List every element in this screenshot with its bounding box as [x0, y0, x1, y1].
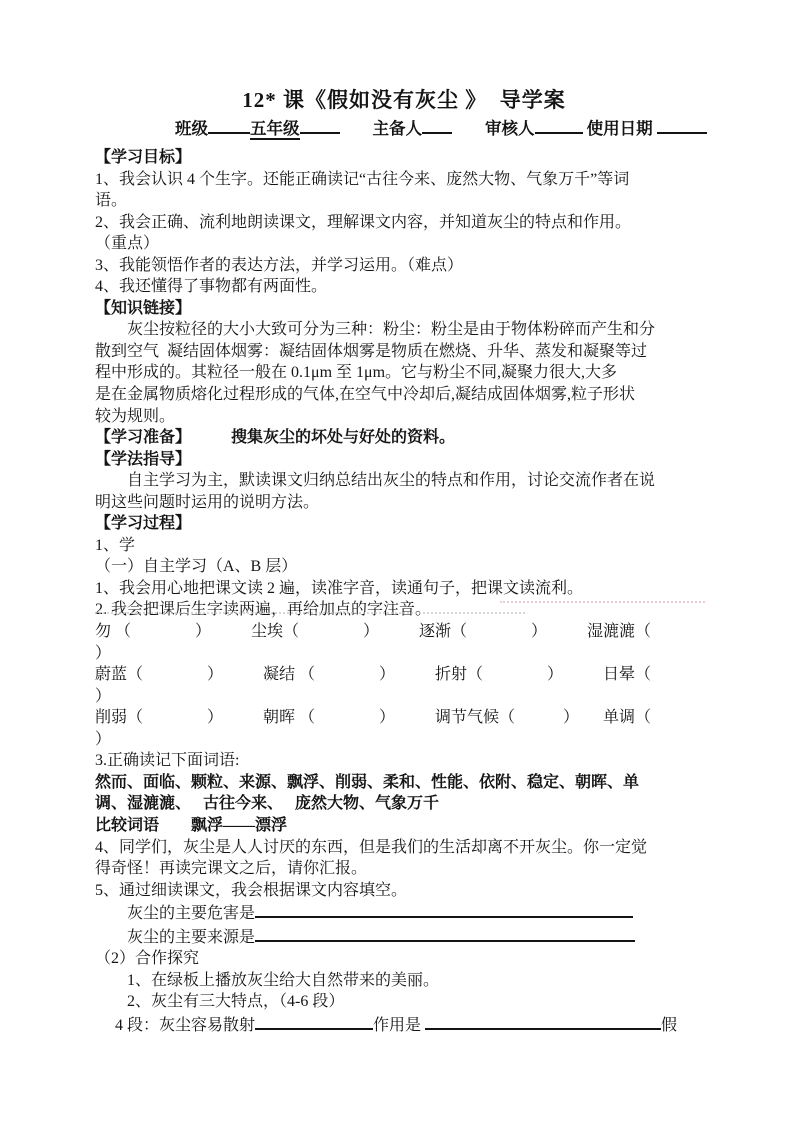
text-line: 2、灰尘有三大特点，（4-6 段） — [95, 991, 735, 1013]
text-line: 灰尘的主要来源是 — [95, 925, 735, 949]
text-line: 3.正确读记下面词语: — [95, 750, 735, 772]
text-line: （2）合作探究 — [95, 948, 735, 970]
text-line: 1、我会用心地把课文读 2 遍，读准字音，读通句子，把课文读流利。 — [95, 578, 735, 600]
text-segment: （一）自主学习（A、B 层） — [95, 558, 297, 575]
text-segment — [340, 119, 373, 138]
text-segment: 搜集灰尘的坏处与好处的资料。 — [183, 429, 455, 446]
text-segment: 使用日期 — [583, 119, 657, 138]
text-segment: 灰尘的主要危害是 — [95, 905, 255, 922]
text-segment: 蔚蓝（ ） 凝结 （ ） 折射（ ） 日晕（ — [95, 666, 651, 683]
text-line: 较为规则。 — [95, 406, 735, 428]
text-segment: 1、我会用心地把课文读 2 遍，读准字音，读通句子，把课文读流利。 — [95, 580, 583, 597]
text-segment — [452, 119, 485, 138]
text-segment: 1、在绿板上播放灰尘给大自然带来的美丽。 — [95, 972, 439, 989]
text-segment: 审核人 — [485, 119, 535, 138]
text-line: 是在金属物质熔化过程形成的气体,在空气中冷却后,凝结成固体烟雾,粒子形状 — [95, 384, 735, 406]
text-line: 削弱（ ） 朝晖 （ ） 调节气候（ ） 单调（ — [95, 707, 735, 729]
text-segment: 灰尘按粒径的大小大致可分为三种：粉尘：粉尘是由于物体粉碎而产生和分 — [95, 321, 655, 338]
fill-in-blank — [255, 901, 633, 918]
text-segment: 比较词语 飘浮——漂浮 — [95, 817, 287, 834]
fill-in-blank — [255, 925, 635, 942]
text-segment: （2）合作探究 — [95, 950, 199, 967]
text-line: 灰尘的主要危害是 — [95, 901, 735, 925]
text-line: ） — [95, 643, 735, 665]
text-segment: 1、学 — [95, 537, 135, 554]
text-segment: 灰尘的主要来源是 — [95, 929, 255, 946]
text-segment: 2、灰尘有三大特点，（4-6 段） — [95, 993, 344, 1010]
text-segment: 较为规则。 — [95, 408, 175, 425]
text-line: 4 段：灰尘容易散射作用是 假 — [95, 1013, 735, 1037]
text-segment: 5、通过细读课文，我会根据课文内容填空。 — [95, 882, 407, 899]
text-segment: 【学法指导】 — [95, 451, 191, 468]
text-line: 程中形成的。其粒径一般在 0.1μm 至 1μm。它与粉尘不同,凝聚力很大,大多 — [95, 362, 735, 384]
text-segment: 班级 — [175, 119, 208, 138]
fill-in-blank — [300, 117, 340, 134]
fill-in-blank — [422, 117, 452, 134]
text-line: 1、学 — [95, 535, 735, 557]
text-segment: 是在金属物质熔化过程形成的气体,在空气中冷却后,凝结成固体烟雾,粒子形状 — [95, 386, 635, 403]
text-segment: 语。 — [95, 192, 127, 209]
text-segment: 五年级 — [250, 120, 300, 140]
text-line: 【学习准备】 搜集灰尘的坏处与好处的资料。 — [95, 427, 735, 449]
text-line: 勿 （ ） 尘埃（ ） 逐渐（ ） 湿漉漉（ — [95, 621, 735, 643]
text-segment: 4、我还懂得了事物都有两面性。 — [95, 278, 327, 295]
text-segment: ） — [95, 688, 111, 705]
text-line: 蔚蓝（ ） 凝结 （ ） 折射（ ） 日晕（ — [95, 664, 735, 686]
text-line: 2、我会正确、流利地朗读课文，理解课文内容，并知道灰尘的特点和作用。 — [95, 212, 735, 234]
fill-in-blank — [657, 117, 707, 134]
text-line: ） — [95, 686, 735, 708]
text-line: 4、同学们，灰尘是人人讨厌的东西，但是我们的生活却离不开灰尘。你一定觉 — [95, 837, 735, 859]
text-line: 5、通过细读课文，我会根据课文内容填空。 — [95, 880, 735, 902]
text-segment: 作用是 — [373, 1017, 425, 1034]
text-segment: 4、同学们，灰尘是人人讨厌的东西，但是我们的生活却离不开灰尘。你一定觉 — [95, 839, 647, 856]
text-segment: ） — [95, 731, 111, 748]
fill-in-blank — [255, 1013, 373, 1030]
text-segment: 散到空气 凝结固体烟雾：凝结固体烟雾是物质在燃烧、升华、蒸发和凝聚等过 — [95, 343, 647, 360]
worksheet-page: 12* 课《假如没有灰尘 》 导学案 班级五年级 主备人 审核人 使用日期 【学… — [0, 0, 800, 1132]
text-line: 4、我还懂得了事物都有两面性。 — [95, 276, 735, 298]
text-segment: （重点） — [95, 235, 159, 252]
fill-in-blank — [208, 117, 250, 134]
text-segment: 明这些问题时运用的说明方法。 — [95, 494, 319, 511]
text-line: 然而、面临、颗粒、来源、飘浮、削弱、柔和、性能、依附、稳定、朝晖、单 — [95, 772, 735, 794]
text-segment: 2. 我会把课后生字读两遍，再给加点的字注音。 — [95, 601, 431, 618]
scan-artifact — [95, 612, 525, 614]
text-segment: 调、湿漉漉、 古往今来、 庞然大物、气象万千 — [95, 795, 439, 812]
text-line: （一）自主学习（A、B 层） — [95, 556, 735, 578]
document-title: 12* 课《假如没有灰尘 》 导学案 — [95, 86, 713, 114]
text-segment: 主备人 — [373, 119, 423, 138]
text-segment: 假 — [661, 1017, 677, 1034]
text-segment: 【学习目标】 — [95, 149, 191, 166]
text-segment: 程中形成的。其粒径一般在 0.1μm 至 1μm。它与粉尘不同,凝聚力很大,大多 — [95, 364, 617, 381]
text-line: 【学法指导】 — [95, 449, 735, 471]
text-segment: 3、我能领悟作者的表达方法，并学习运用。（难点） — [95, 257, 463, 274]
text-segment: 3.正确读记下面词语: — [95, 752, 239, 769]
text-segment: 【学习准备】 — [95, 429, 183, 446]
meta-line: 班级五年级 主备人 审核人 使用日期 — [95, 116, 735, 142]
fill-in-blank — [425, 1013, 661, 1030]
text-segment: 【学习过程】 — [95, 515, 191, 532]
document-body: 【学习目标】1、我会认识 4 个生字。还能正确读记“古往今来、庞然大物、气象万千… — [95, 147, 735, 1036]
text-line: 【学习过程】 — [95, 513, 735, 535]
text-segment: 1、我会认识 4 个生字。还能正确读记“古往今来、庞然大物、气象万千”等词 — [95, 171, 629, 188]
text-line: 1、在绿板上播放灰尘给大自然带来的美丽。 — [95, 970, 735, 992]
text-line: 得奇怪！再读完课文之后，请你汇报。 — [95, 858, 735, 880]
text-line: 自主学习为主，默读课文归纳总结出灰尘的特点和作用，讨论交流作者在说 — [95, 470, 735, 492]
text-line: 比较词语 飘浮——漂浮 — [95, 815, 735, 837]
text-line: 语。 — [95, 190, 735, 212]
text-line: 【知识链接】 — [95, 298, 735, 320]
text-line: （重点） — [95, 233, 735, 255]
text-line: 1、我会认识 4 个生字。还能正确读记“古往今来、庞然大物、气象万千”等词 — [95, 169, 735, 191]
text-segment: 4 段：灰尘容易散射 — [95, 1017, 255, 1034]
text-segment: 【知识链接】 — [95, 300, 191, 317]
text-segment: 自主学习为主，默读课文归纳总结出灰尘的特点和作用，讨论交流作者在说 — [95, 472, 655, 489]
text-line: 【学习目标】 — [95, 147, 735, 169]
text-line: 散到空气 凝结固体烟雾：凝结固体烟雾是物质在燃烧、升华、蒸发和凝聚等过 — [95, 341, 735, 363]
scan-artifact — [500, 601, 705, 603]
text-line: 调、湿漉漉、 古往今来、 庞然大物、气象万千 — [95, 793, 735, 815]
text-segment: 得奇怪！再读完课文之后，请你汇报。 — [95, 860, 367, 877]
text-segment: 然而、面临、颗粒、来源、飘浮、削弱、柔和、性能、依附、稳定、朝晖、单 — [95, 774, 639, 791]
text-segment: 勿 （ ） 尘埃（ ） 逐渐（ ） 湿漉漉（ — [95, 623, 651, 640]
text-line: ） — [95, 729, 735, 751]
document-content: 12* 课《假如没有灰尘 》 导学案 班级五年级 主备人 审核人 使用日期 【学… — [95, 86, 735, 1036]
text-line: 3、我能领悟作者的表达方法，并学习运用。（难点） — [95, 255, 735, 277]
text-line: 灰尘按粒径的大小大致可分为三种：粉尘：粉尘是由于物体粉碎而产生和分 — [95, 319, 735, 341]
text-segment: ） — [95, 645, 111, 662]
text-line: 明这些问题时运用的说明方法。 — [95, 492, 735, 514]
text-segment: 削弱（ ） 朝晖 （ ） 调节气候（ ） 单调（ — [95, 709, 651, 726]
text-segment: 2、我会正确、流利地朗读课文，理解课文内容，并知道灰尘的特点和作用。 — [95, 214, 631, 231]
fill-in-blank — [535, 117, 583, 134]
